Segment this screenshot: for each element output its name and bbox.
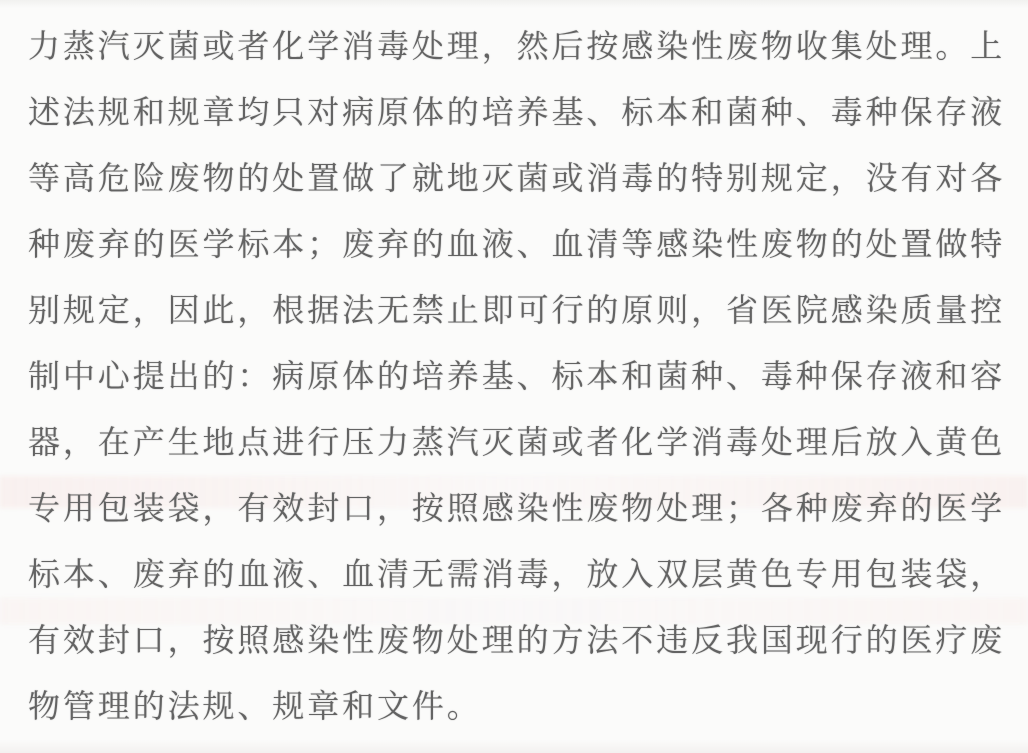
document-page: 力蒸汽灭菌或者化学消毒处理，然后按感染性废物收集处理。上 述法规和规章均只对病原…	[0, 0, 1028, 753]
text-line-2: 述法规和规章均只对病原体的培养基、标本和菌种、毒种保存液	[28, 79, 1008, 145]
text-line-11: 物管理的法规、规章和文件。	[28, 673, 1008, 739]
text-line-10: 有效封口，按照感染性废物处理的方法不违反我国现行的医疗废	[28, 607, 1008, 673]
text-line-1: 力蒸汽灭菌或者化学消毒处理，然后按感染性废物收集处理。上	[28, 13, 1008, 79]
text-line-5: 别规定，因此，根据法无禁止即可行的原则，省医院感染质量控	[28, 277, 1008, 343]
paragraph: 力蒸汽灭菌或者化学消毒处理，然后按感染性废物收集处理。上 述法规和规章均只对病原…	[28, 13, 1008, 739]
text-line-4: 种废弃的医学标本；废弃的血液、血清等感染性废物的处置做特	[28, 211, 1008, 277]
text-line-3: 等高危险废物的处置做了就地灭菌或消毒的特别规定，没有对各	[28, 145, 1008, 211]
text-line-6: 制中心提出的：病原体的培养基、标本和菌种、毒种保存液和容	[28, 343, 1008, 409]
text-line-7: 器，在产生地点进行压力蒸汽灭菌或者化学消毒处理后放入黄色	[28, 409, 1008, 475]
scan-edge-shade-top	[0, 0, 1028, 8]
scan-edge-shade-bottom	[0, 740, 1028, 753]
text-line-9: 标本、废弃的血液、血清无需消毒，放入双层黄色专用包装袋，	[28, 541, 1008, 607]
text-line-8: 专用包装袋，有效封口，按照感染性废物处理；各种废弃的医学	[28, 475, 1008, 541]
